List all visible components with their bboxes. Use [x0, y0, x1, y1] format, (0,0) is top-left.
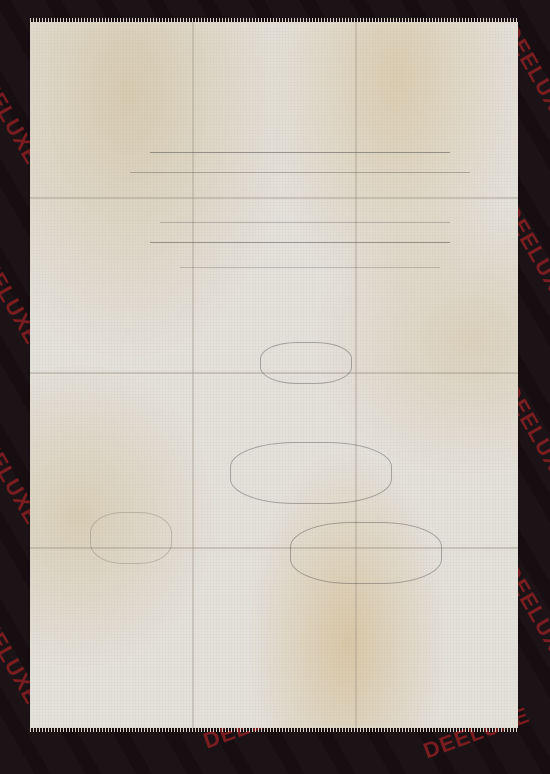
fold-line — [192, 22, 194, 728]
ink-scribble — [230, 442, 392, 504]
fold-line — [355, 22, 357, 728]
ink-scribble — [260, 342, 352, 384]
aged-cloth — [30, 22, 518, 728]
ink-line — [150, 152, 450, 153]
cloth-fringe-bottom — [30, 726, 518, 732]
cloth-fringe-top — [30, 18, 518, 24]
ink-line — [160, 222, 450, 223]
ink-line — [150, 242, 450, 243]
fold-line — [30, 197, 518, 199]
ink-scribble — [90, 512, 172, 564]
ink-line — [130, 172, 470, 173]
ink-scribble — [290, 522, 442, 584]
ink-line — [180, 267, 440, 268]
